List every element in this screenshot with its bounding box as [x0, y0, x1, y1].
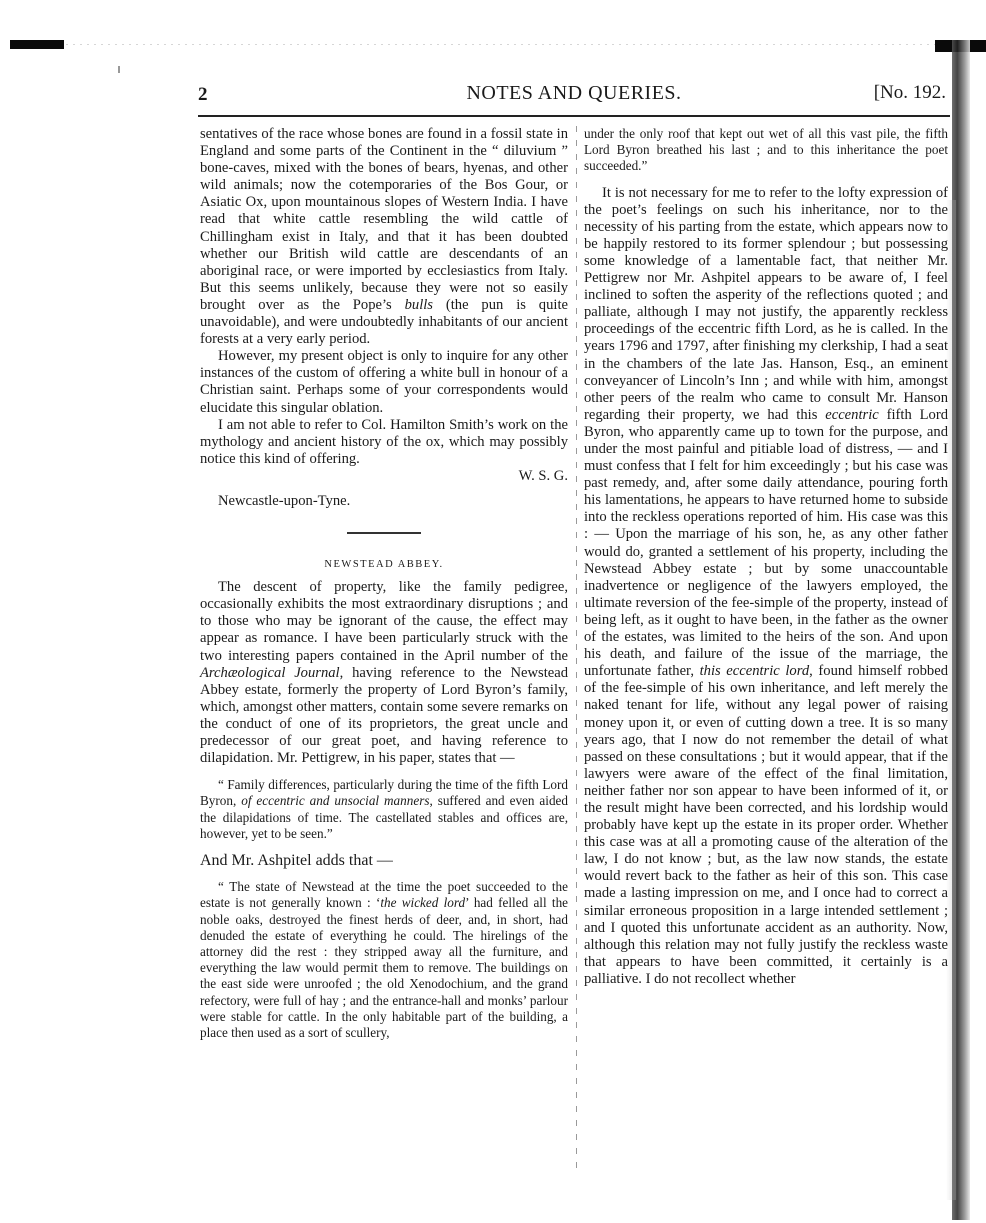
signature: W. S. G.: [200, 468, 568, 485]
block-quote: “ The state of Newstead at the time the …: [200, 879, 568, 1041]
dateline-place: Newcastle-upon-Tyne.: [200, 493, 568, 510]
paragraph: However, my present object is only to in…: [200, 348, 568, 416]
scan-edge-mark: [10, 40, 64, 49]
section-separator: [347, 532, 421, 534]
section-title: NEWSTEAD ABBEY.: [200, 556, 568, 573]
block-quote-continued: under the only roof that kept out wet of…: [584, 126, 948, 175]
right-column: under the only roof that kept out wet of…: [584, 126, 948, 988]
scan-noise: [66, 44, 936, 45]
left-column: sentatives of the race whose bones are f…: [200, 126, 568, 1051]
column-divider: [576, 126, 577, 1171]
paragraph: It is not necessary for me to refer to t…: [584, 185, 948, 988]
scan-speck: [118, 66, 120, 73]
paragraph: I am not able to refer to Col. Hamilton …: [200, 417, 568, 468]
issue-number: [No. 192.: [874, 82, 946, 104]
quote-lead-in: And Mr. Ashpitel adds that —: [200, 852, 568, 869]
header-rule: [198, 115, 950, 117]
paragraph: The descent of property, like the family…: [200, 579, 568, 767]
running-header: 2 NOTES AND QUERIES. [No. 192.: [198, 80, 950, 110]
paragraph-continued: sentatives of the race whose bones are f…: [200, 126, 568, 348]
publication-title: NOTES AND QUERIES.: [198, 82, 950, 105]
block-quote: “ Family differences, particularly durin…: [200, 777, 568, 842]
